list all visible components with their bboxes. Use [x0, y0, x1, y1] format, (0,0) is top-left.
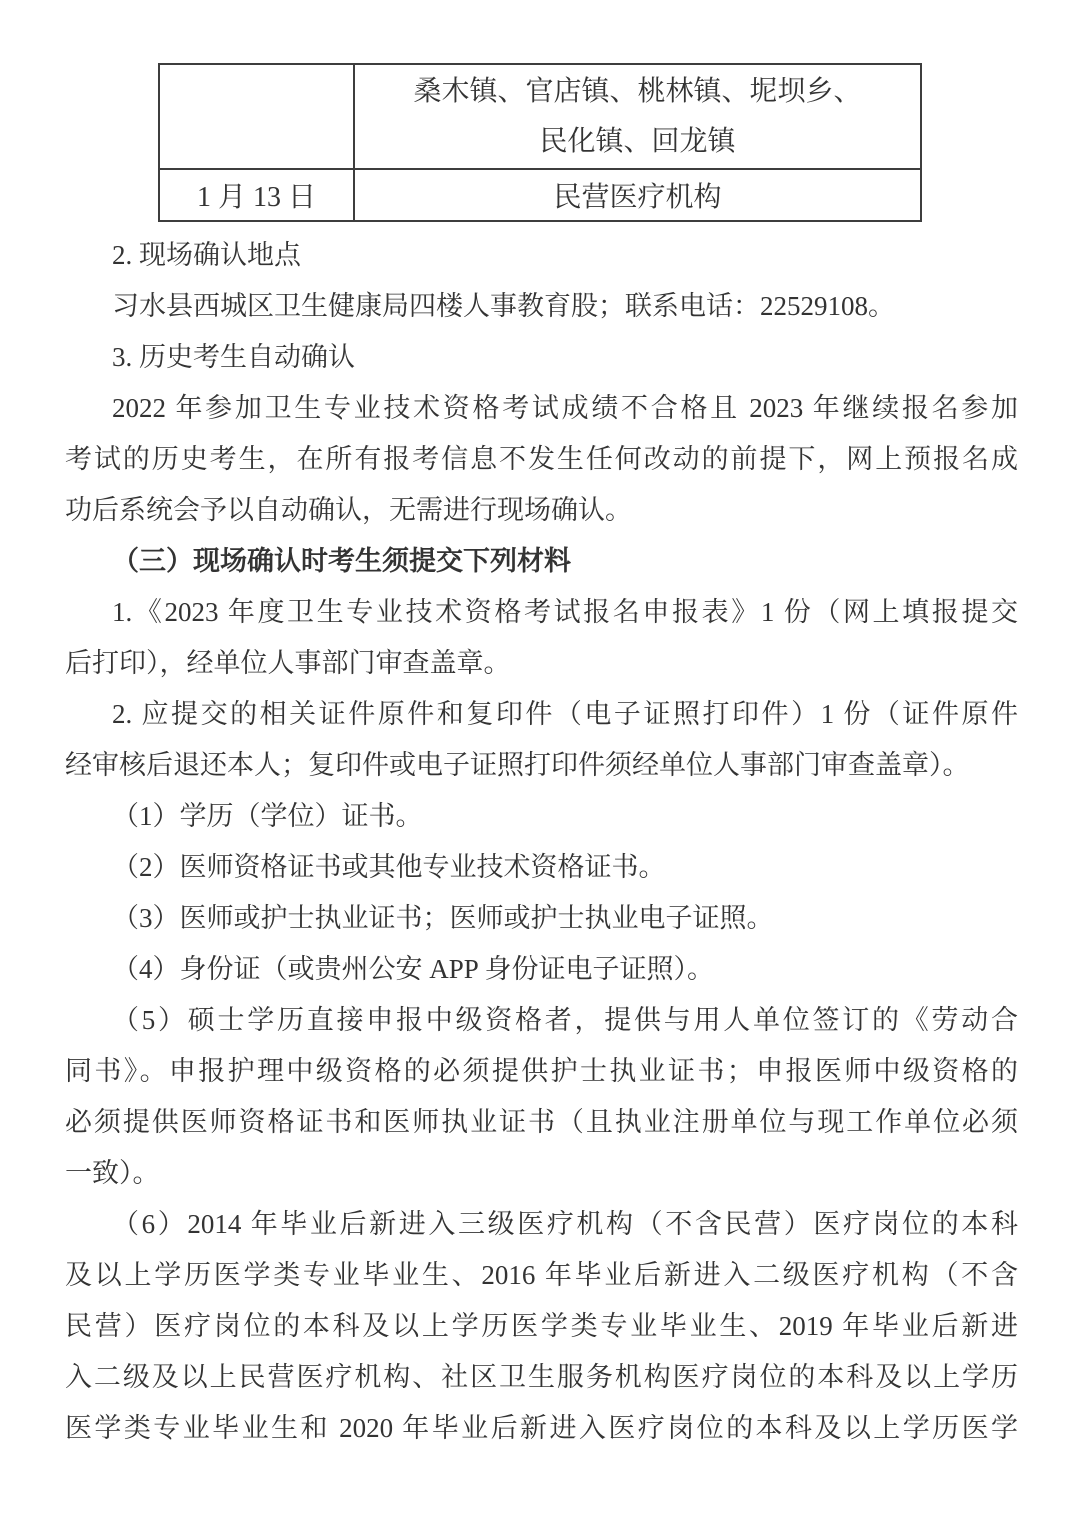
- table-row: 桑木镇、官店镇、桃林镇、坭坝乡、 民化镇、回龙镇: [159, 64, 921, 169]
- text-line: 经审核后退还本人；复印件或电子证照打印件须经单位人事部门审查盖章）。: [65, 740, 1018, 791]
- text-line: 1.《2023 年度卫生专业技术资格考试报名申报表》1 份（网上填报提交: [65, 587, 1018, 638]
- text-line: （三）现场确认时考生须提交下列材料: [65, 536, 1018, 587]
- document-page: 桑木镇、官店镇、桃林镇、坭坝乡、 民化镇、回龙镇 1 月 13 日 民营医疗机构…: [0, 0, 1080, 1526]
- text-line: 必须提供医师资格证书和医师执业证书（且执业注册单位与现工作单位必须: [65, 1097, 1018, 1148]
- confirmation-schedule-table: 桑木镇、官店镇、桃林镇、坭坝乡、 民化镇、回龙镇 1 月 13 日 民营医疗机构: [158, 63, 922, 222]
- text-line: 入二级及以上民营医疗机构、社区卫生服务机构医疗岗位的本科及以上学历: [65, 1352, 1018, 1403]
- text-line: 2022 年参加卫生专业技术资格考试成绩不合格且 2023 年继续报名参加: [65, 383, 1018, 434]
- text-line: 一致）。: [65, 1148, 1018, 1199]
- text-line: 习水县西城区卫生健康局四楼人事教育股；联系电话：22529108。: [65, 281, 1018, 332]
- text-line: 民营）医疗岗位的本科及以上学历医学类专业毕业生、2019 年毕业后新进: [65, 1301, 1018, 1352]
- text-line: （1）学历（学位）证书。: [65, 791, 1018, 842]
- document-body: 2. 现场确认地点习水县西城区卫生健康局四楼人事教育股；联系电话：2252910…: [65, 230, 1018, 1454]
- text-line: 及以上学历医学类专业毕业生、2016 年毕业后新进入二级医疗机构（不含: [65, 1250, 1018, 1301]
- text-line: 后打印），经单位人事部门审查盖章。: [65, 638, 1018, 689]
- text-line: （5）硕士学历直接申报中级资格者，提供与用人单位签订的《劳动合: [65, 995, 1018, 1046]
- towns-line-2: 民化镇、回龙镇: [355, 117, 920, 167]
- table-cell-private-medical: 民营医疗机构: [354, 169, 921, 221]
- table-cell-towns: 桑木镇、官店镇、桃林镇、坭坝乡、 民化镇、回龙镇: [354, 64, 921, 169]
- table-cell-date-jan13: 1 月 13 日: [159, 169, 354, 221]
- text-line: （3）医师或护士执业证书；医师或护士执业电子证照。: [65, 893, 1018, 944]
- text-line: 医学类专业毕业生和 2020 年毕业后新进入医疗岗位的本科及以上学历医学: [65, 1403, 1018, 1454]
- table-cell-date-empty: [159, 64, 354, 169]
- table-row: 1 月 13 日 民营医疗机构: [159, 169, 921, 221]
- text-line: 2. 应提交的相关证件原件和复印件（电子证照打印件）1 份（证件原件: [65, 689, 1018, 740]
- text-line: 考试的历史考生，在所有报考信息不发生任何改动的前提下，网上预报名成: [65, 434, 1018, 485]
- text-line: （4）身份证（或贵州公安 APP 身份证电子证照）。: [65, 944, 1018, 995]
- text-line: 功后系统会予以自动确认，无需进行现场确认。: [65, 485, 1018, 536]
- towns-line-1: 桑木镇、官店镇、桃林镇、坭坝乡、: [355, 67, 920, 117]
- text-line: 同书》。申报护理中级资格的必须提供护士执业证书；申报医师中级资格的: [65, 1046, 1018, 1097]
- text-line: （6）2014 年毕业后新进入三级医疗机构（不含民营）医疗岗位的本科: [65, 1199, 1018, 1250]
- text-line: （2）医师资格证书或其他专业技术资格证书。: [65, 842, 1018, 893]
- text-line: 3. 历史考生自动确认: [65, 332, 1018, 383]
- text-line: 2. 现场确认地点: [65, 230, 1018, 281]
